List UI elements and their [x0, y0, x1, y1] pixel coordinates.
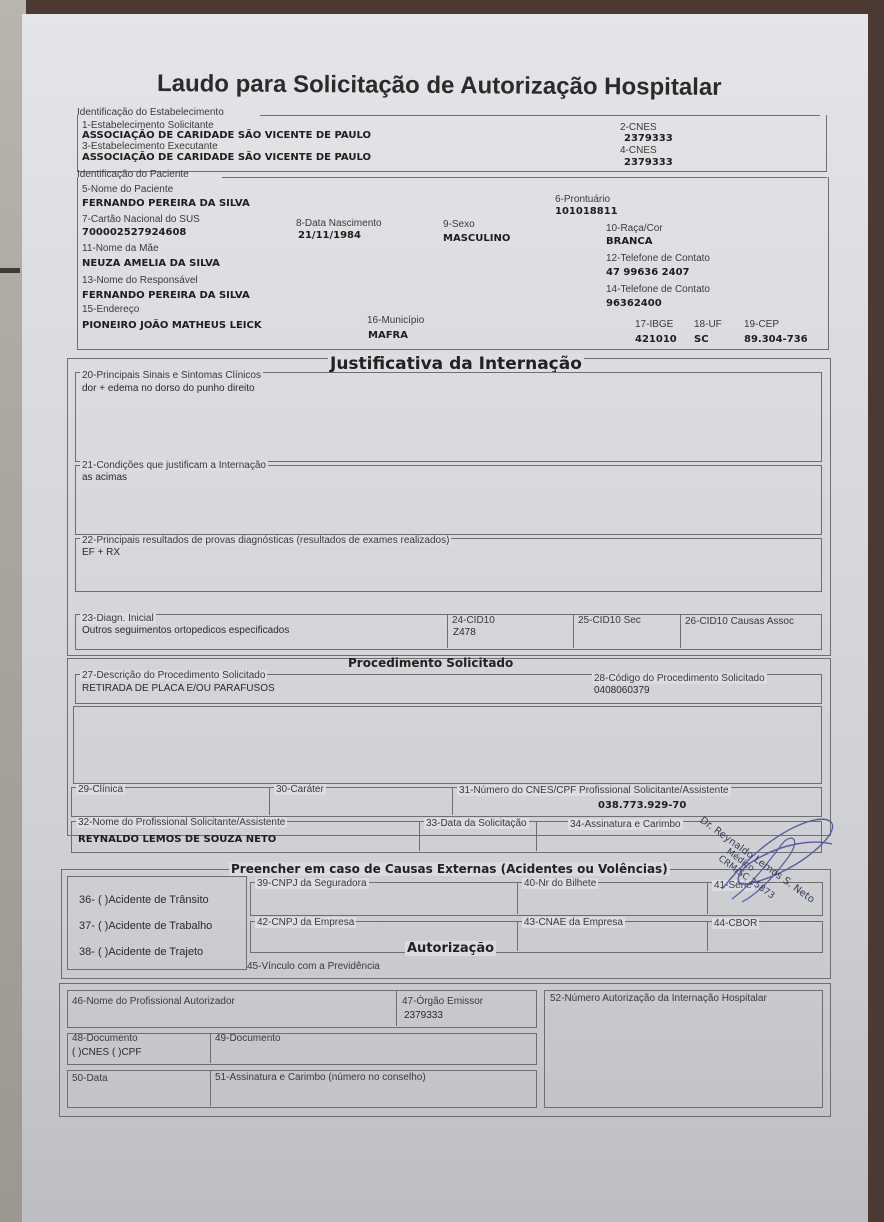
- codigo-label: 28-Código do Procedimento Solicitado: [592, 673, 767, 684]
- nome-label: 5-Nome do Paciente: [82, 184, 173, 195]
- sexo-value: MASCULINO: [443, 233, 510, 244]
- endereco-value: PIONEIRO JOÃO MATHEUS LEICK: [82, 320, 262, 331]
- clinica-label: 29-Clínica: [76, 784, 125, 795]
- cid-value: Z478: [453, 627, 476, 638]
- responsavel-label: 13-Nome do Responsável: [82, 275, 198, 286]
- cnpj-emp-label: 42-CNPJ da Empresa: [255, 917, 356, 928]
- diag-value: Outros seguimentos ortopedicos especific…: [82, 625, 289, 636]
- nascimento-value: 21/11/1984: [298, 230, 361, 241]
- resultados-box: [75, 538, 822, 592]
- carater-label: 30-Caráter: [274, 784, 326, 795]
- codigo-value: 0408060379: [594, 685, 650, 696]
- orgao-value: 2379333: [404, 1010, 443, 1021]
- sexo-label: 9-Sexo: [443, 219, 475, 230]
- doc48-options[interactable]: ( )CNES ( )CPF: [72, 1047, 141, 1058]
- cep-label: 19-CEP: [744, 319, 779, 330]
- uf-label: 18-UF: [694, 319, 722, 330]
- form-paper: Laudo para Solicitação de Autorização Ho…: [22, 14, 868, 1222]
- numero-aih-box: [544, 990, 823, 1108]
- acidente-transito-checkbox[interactable]: 36- ( )Acidente de Trânsito: [79, 894, 209, 906]
- cpf-value: 038.773.929-70: [598, 800, 686, 811]
- cns-value: 700002527924608: [82, 227, 186, 238]
- assinatura-label: 34-Assinatura e Carimbo: [568, 819, 683, 830]
- ibge-value: 421010: [635, 334, 677, 345]
- cid-label: 24-CID10: [452, 615, 495, 626]
- profissional-label: 32-Nome do Profissional Solicitante/Assi…: [76, 817, 287, 828]
- condicoes-box: [75, 465, 822, 535]
- form-title: Laudo para Solicitação de Autorização Ho…: [157, 70, 722, 102]
- sinais-value: dor + edema no dorso do punho direito: [82, 383, 255, 394]
- uf-value: SC: [694, 334, 709, 345]
- sinais-label: 20-Principais Sinais e Sintomas Clínicos: [80, 370, 263, 381]
- cep-value: 89.304-736: [744, 334, 808, 345]
- orgao-label: 47-Órgão Emissor: [402, 996, 483, 1007]
- data-sol-label: 33-Data da Solicitação: [424, 818, 529, 829]
- municipio-label: 16-Município: [367, 315, 424, 326]
- tel2-label: 14-Telefone de Contato: [606, 284, 710, 295]
- acidente-trajeto-checkbox[interactable]: 38- ( )Acidente de Trajeto: [79, 946, 203, 958]
- solicitante-value: ASSOCIAÇÃO DE CARIDADE SÃO VICENTE DE PA…: [82, 130, 371, 141]
- cid-assoc-label: 26-CID10 Causas Assoc: [685, 616, 794, 627]
- doc48-label: 48-Documento: [72, 1033, 138, 1044]
- cnes-sol-value: 2379333: [624, 133, 673, 144]
- vinculo-label: 45-Vínculo com a Previdência: [247, 961, 380, 972]
- cnes-exe-label: 4-CNES: [620, 145, 657, 156]
- cnpj-seg-label: 39-CNPJ da Seguradora: [255, 878, 369, 889]
- resultados-value: EF + RX: [82, 547, 120, 558]
- cnes-sol-label: 2-CNES: [620, 122, 657, 133]
- data-label: 50-Data: [72, 1073, 108, 1084]
- tel2-value: 96362400: [606, 298, 662, 309]
- cns-label: 7-Cartão Nacional do SUS: [82, 214, 200, 225]
- section-procedimento: Procedimento Solicitado: [348, 656, 513, 670]
- cbor-label: 44-CBOR: [712, 918, 759, 929]
- resultados-label: 22-Principais resultados de provas diagn…: [80, 535, 451, 546]
- tel1-value: 47 99636 2407: [606, 267, 690, 278]
- numero-aih-label: 52-Número Autorização da Internação Hosp…: [550, 993, 767, 1004]
- condicoes-label: 21-Condições que justificam a Internação: [80, 460, 268, 471]
- raca-label: 10-Raça/Cor: [606, 223, 663, 234]
- procedimento-detalhe-box: [73, 706, 822, 784]
- mae-label: 11-Nome da Mãe: [82, 243, 159, 254]
- cpf-label: 31-Número do CNES/CPF Profissional Solic…: [457, 785, 731, 796]
- condicoes-value: as acimas: [82, 472, 127, 483]
- raca-value: BRANCA: [606, 236, 653, 247]
- diag-label: 23-Diagn. Inicial: [80, 613, 156, 624]
- section-causas-externas: Preencher em caso de Causas Externas (Ac…: [229, 862, 670, 876]
- nascimento-label: 8-Data Nascimento: [296, 218, 382, 229]
- executante-value: ASSOCIAÇÃO DE CARIDADE SÃO VICENTE DE PA…: [82, 152, 371, 163]
- doc49-label: 49-Documento: [215, 1033, 281, 1044]
- prontuario-value: 101018811: [555, 206, 618, 217]
- section-justificativa: Justificativa da Internação: [328, 354, 584, 374]
- section-autorizacao: Autorização: [405, 941, 496, 956]
- cnes-exe-value: 2379333: [624, 157, 673, 168]
- ibge-label: 17-IBGE: [635, 319, 673, 330]
- cid-sec-label: 25-CID10 Sec: [578, 615, 641, 626]
- profissional-value: REYNALDO LEMOS DE SOUZA NETO: [78, 834, 276, 845]
- tel1-label: 12-Telefone de Contato: [606, 253, 710, 264]
- responsavel-value: FERNANDO PEREIRA DA SILVA: [82, 290, 250, 301]
- endereco-label: 15-Endereço: [82, 304, 139, 315]
- municipio-value: MAFRA: [368, 330, 408, 341]
- autorizador-label: 46-Nome do Profissional Autorizador: [72, 996, 235, 1007]
- descricao-label: 27-Descrição do Procedimento Solicitado: [80, 670, 267, 681]
- descricao-value: RETIRADA DE PLACA E/OU PARAFUSOS: [82, 683, 275, 694]
- autorizacao-assinatura-label: 51-Assinatura e Carimbo (número no conse…: [215, 1072, 426, 1083]
- acidente-trabalho-checkbox[interactable]: 37- ( )Acidente de Trabalho: [79, 920, 212, 932]
- mae-value: NEUZA AMELIA DA SILVA: [82, 258, 220, 269]
- cnae-label: 43-CNAE da Empresa: [522, 917, 625, 928]
- nome-value: FERNANDO PEREIRA DA SILVA: [82, 198, 250, 209]
- bilhete-label: 40-Nr do Bilhete: [522, 878, 598, 889]
- prontuario-label: 6-Prontuário: [555, 194, 610, 205]
- executante-label: 3-Estabelecimento Executante: [82, 141, 218, 152]
